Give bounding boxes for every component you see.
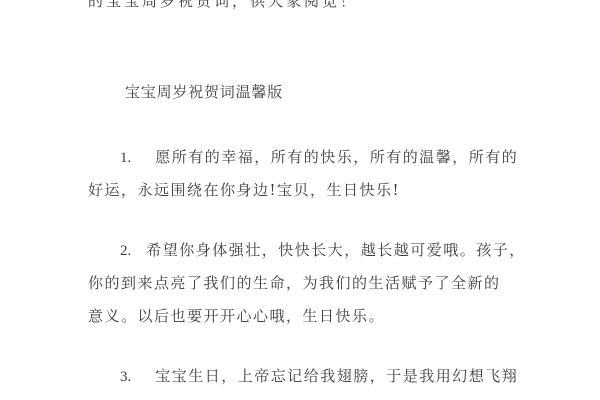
- document-page: 的宝宝周岁祝贺词，供大家阅览！ 宝宝周岁祝贺词温馨版 1.愿所有的幸福，所有的快…: [0, 0, 600, 400]
- list-item-1-line-1: 1.愿所有的幸福，所有的快乐，所有的温馨，所有的: [120, 149, 518, 167]
- intro-paragraph-tail: 的宝宝周岁祝贺词，供大家阅览！: [88, 0, 358, 10]
- list-item-1-line-2: 好运，永远围绕在你身边!宝贝，生日快乐!: [88, 182, 400, 199]
- list-item-2-line-3: 意义。以后也要开开心心哦，生日快乐。: [88, 308, 385, 325]
- list-item-3-line-1: 3.宝宝生日，上帝忘记给我翅膀，于是我用幻想飞翔: [120, 368, 518, 386]
- list-item-1-text: 愿所有的幸福，所有的快乐，所有的温馨，所有的: [155, 148, 518, 166]
- list-item-2-text: 希望你身体强壮，快快长大，越长越可爱哦。孩子，: [146, 241, 526, 259]
- list-item-1-number: 1.: [120, 150, 131, 167]
- section-title: 宝宝周岁祝贺词温馨版: [125, 84, 283, 101]
- list-item-2-line-2: 你的到来点亮了我们的生命，为我们的生活赋予了全新的: [88, 275, 501, 292]
- list-item-3-text: 宝宝生日，上帝忘记给我翅膀，于是我用幻想飞翔: [155, 367, 518, 385]
- list-item-2-number: 2.: [120, 243, 131, 260]
- list-item-2-line-1: 2.希望你身体强壮，快快长大，越长越可爱哦。孩子，: [120, 242, 526, 260]
- list-item-3-number: 3.: [120, 369, 131, 386]
